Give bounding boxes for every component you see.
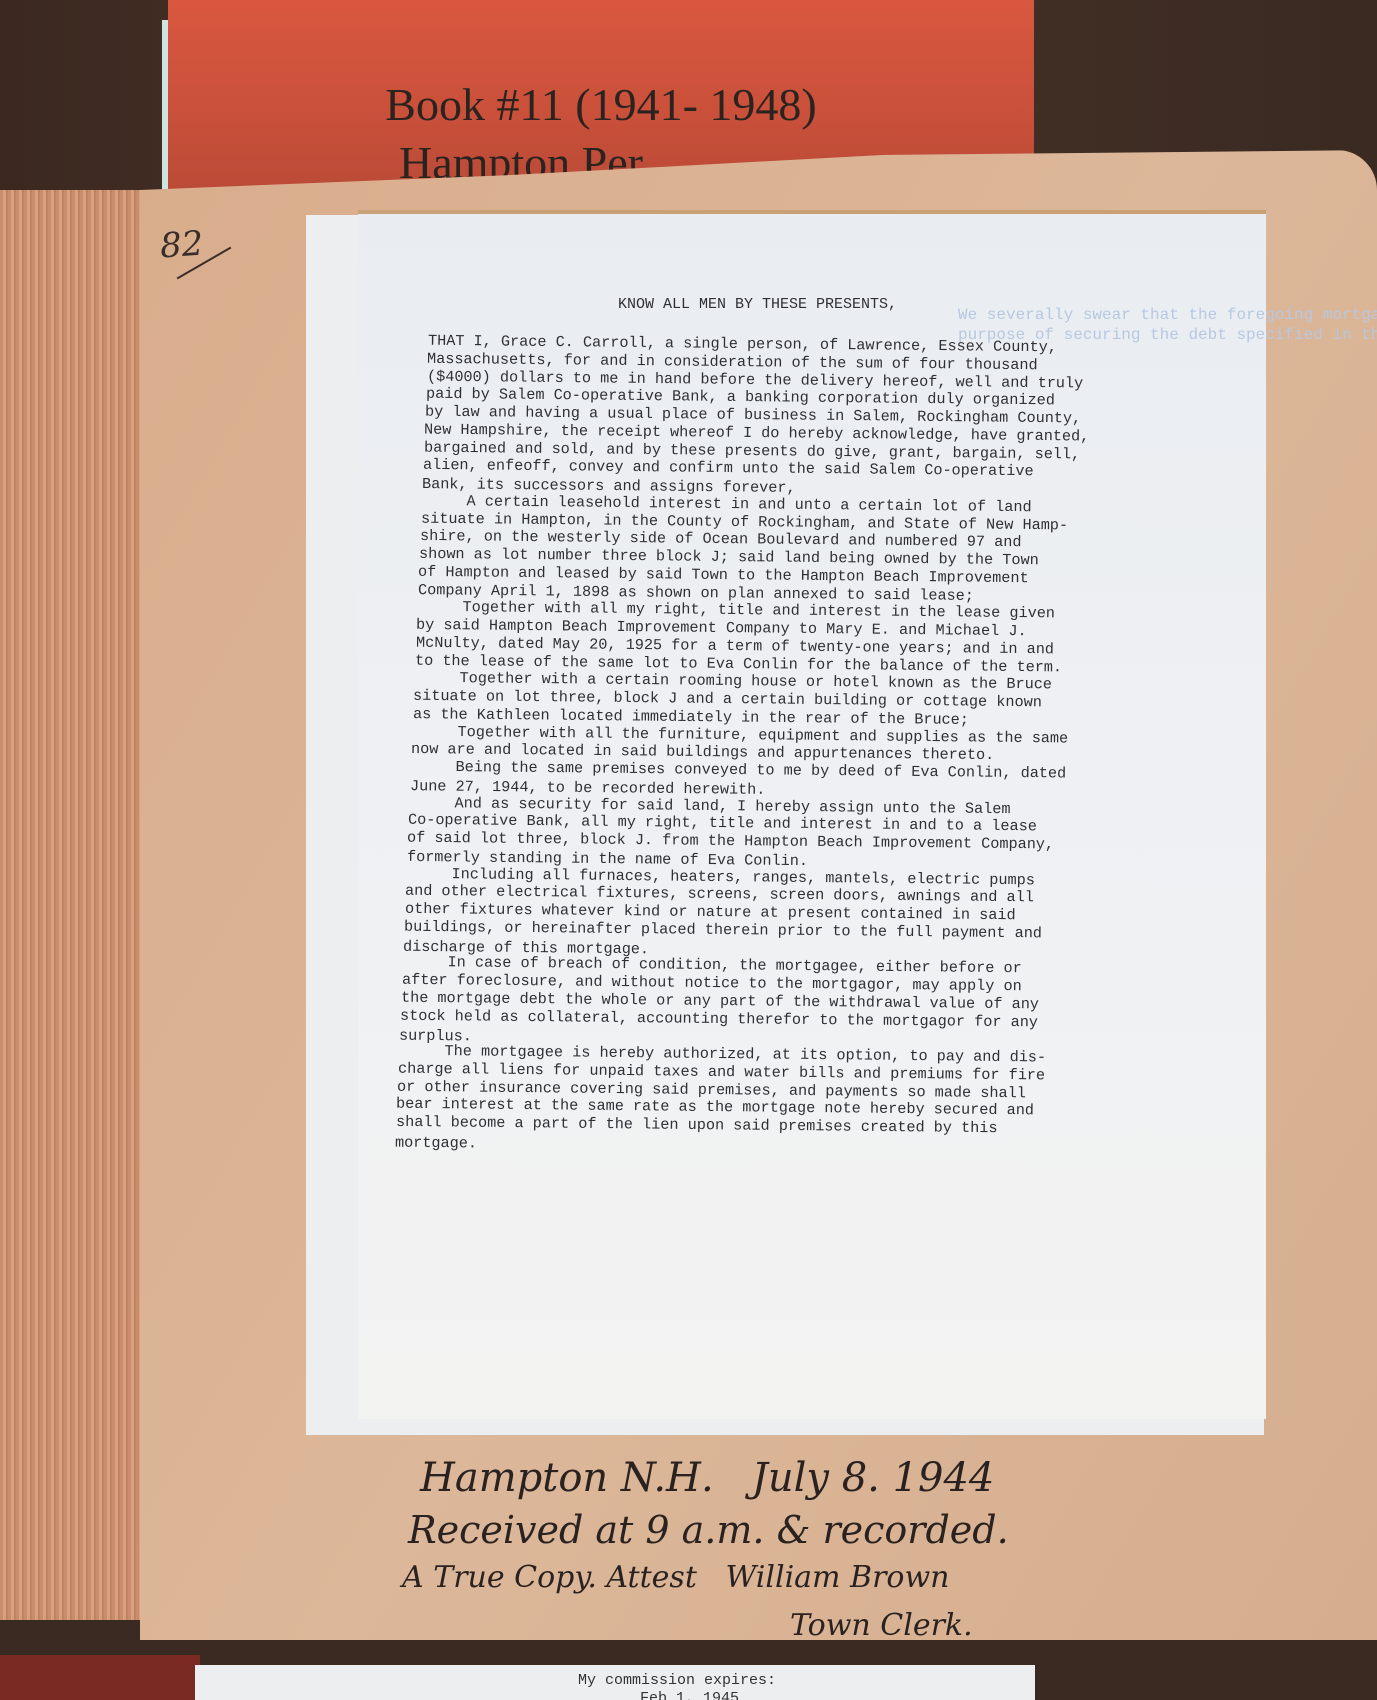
document-heading: KNOW ALL MEN BY THESE PRESENTS, (618, 296, 897, 313)
handwritten-title: Town Clerk. (790, 1608, 973, 1643)
handwritten-received: Received at 9 a.m. & recorded. (408, 1508, 1009, 1552)
page-number: 82 (159, 224, 205, 267)
document-line: mortgage. (395, 1133, 477, 1152)
bleed-through-line: We severally swear that the foregoing mo… (958, 306, 1377, 324)
cover-title: Book #11 (1941- 1948) (168, 78, 1034, 131)
handwritten-place-date: Hampton N.H. July 8. 1944 (420, 1455, 994, 1501)
commission-date: Feb 1, 1945 (640, 1690, 739, 1700)
handwritten-attest: A True Copy. Attest William Brown (402, 1560, 950, 1595)
book-cover-edge (0, 1655, 200, 1700)
commission-text: My commission expires: (578, 1672, 776, 1689)
